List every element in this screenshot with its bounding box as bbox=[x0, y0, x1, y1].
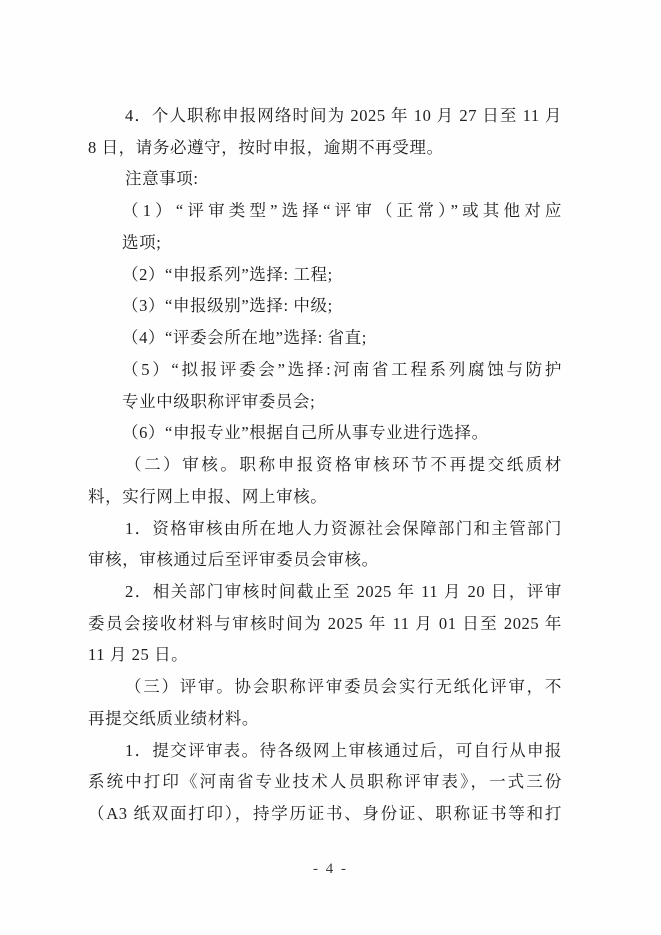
document-body: 4．个人职称申报网络时间为 2025 年 10 月 27 日至 11 月 8 日… bbox=[88, 100, 562, 830]
text-line: （三）评审。协会职称评审委员会实行无纸化评审，不 bbox=[88, 671, 562, 703]
document-page: 4．个人职称申报网络时间为 2025 年 10 月 27 日至 11 月 8 日… bbox=[0, 0, 661, 935]
text-line: 再提交纸质业绩材料。 bbox=[88, 703, 562, 735]
text-line: （二）审核。职称申报资格审核环节不再提交纸质材 bbox=[88, 449, 562, 481]
text-line: 委员会接收材料与审核时间为 2025 年 11 月 01 日至 2025 年 bbox=[88, 608, 562, 640]
text-line: （6）“申报专业”根据自己所从事专业进行选择。 bbox=[122, 417, 562, 449]
text-line: 1．资格审核由所在地人力资源社会保障部门和主管部门 bbox=[88, 513, 562, 545]
text-line: 11 月 25 日。 bbox=[88, 639, 562, 671]
text-line: 1．提交评审表。待各级网上审核通过后，可自行从申报 bbox=[88, 735, 562, 767]
text-line: （5）“拟报评委会”选择:河南省工程系列腐蚀与防护 bbox=[122, 354, 562, 386]
text-line: 选项; bbox=[122, 227, 562, 259]
text-line: 专业中级职称评审委员会; bbox=[122, 386, 562, 418]
page-number: - 4 - bbox=[0, 861, 661, 878]
text-line: 注意事项: bbox=[88, 163, 562, 195]
text-line: 系统中打印《河南省专业技术人员职称评审表》，一式三份 bbox=[88, 766, 562, 798]
text-line: 料，实行网上申报、网上审核。 bbox=[88, 481, 562, 513]
text-line: 审核，审核通过后至评审委员会审核。 bbox=[88, 544, 562, 576]
text-line: （4）“评委会所在地”选择: 省直; bbox=[122, 322, 562, 354]
text-line: 2．相关部门审核时间截止至 2025 年 11 月 20 日，评审 bbox=[88, 576, 562, 608]
text-line: （A3 纸双面打印），持学历证书、身份证、职称证书等和打 bbox=[88, 798, 562, 830]
text-line: 4．个人职称申报网络时间为 2025 年 10 月 27 日至 11 月 bbox=[88, 100, 562, 132]
text-line: （3）“申报级别”选择: 中级; bbox=[122, 290, 562, 322]
text-line: （1）“评审类型”选择“评审（正常）”或其他对应 bbox=[122, 195, 562, 227]
text-line: （2）“申报系列”选择: 工程; bbox=[122, 259, 562, 291]
text-line: 8 日，请务必遵守，按时申报，逾期不再受理。 bbox=[88, 132, 562, 164]
